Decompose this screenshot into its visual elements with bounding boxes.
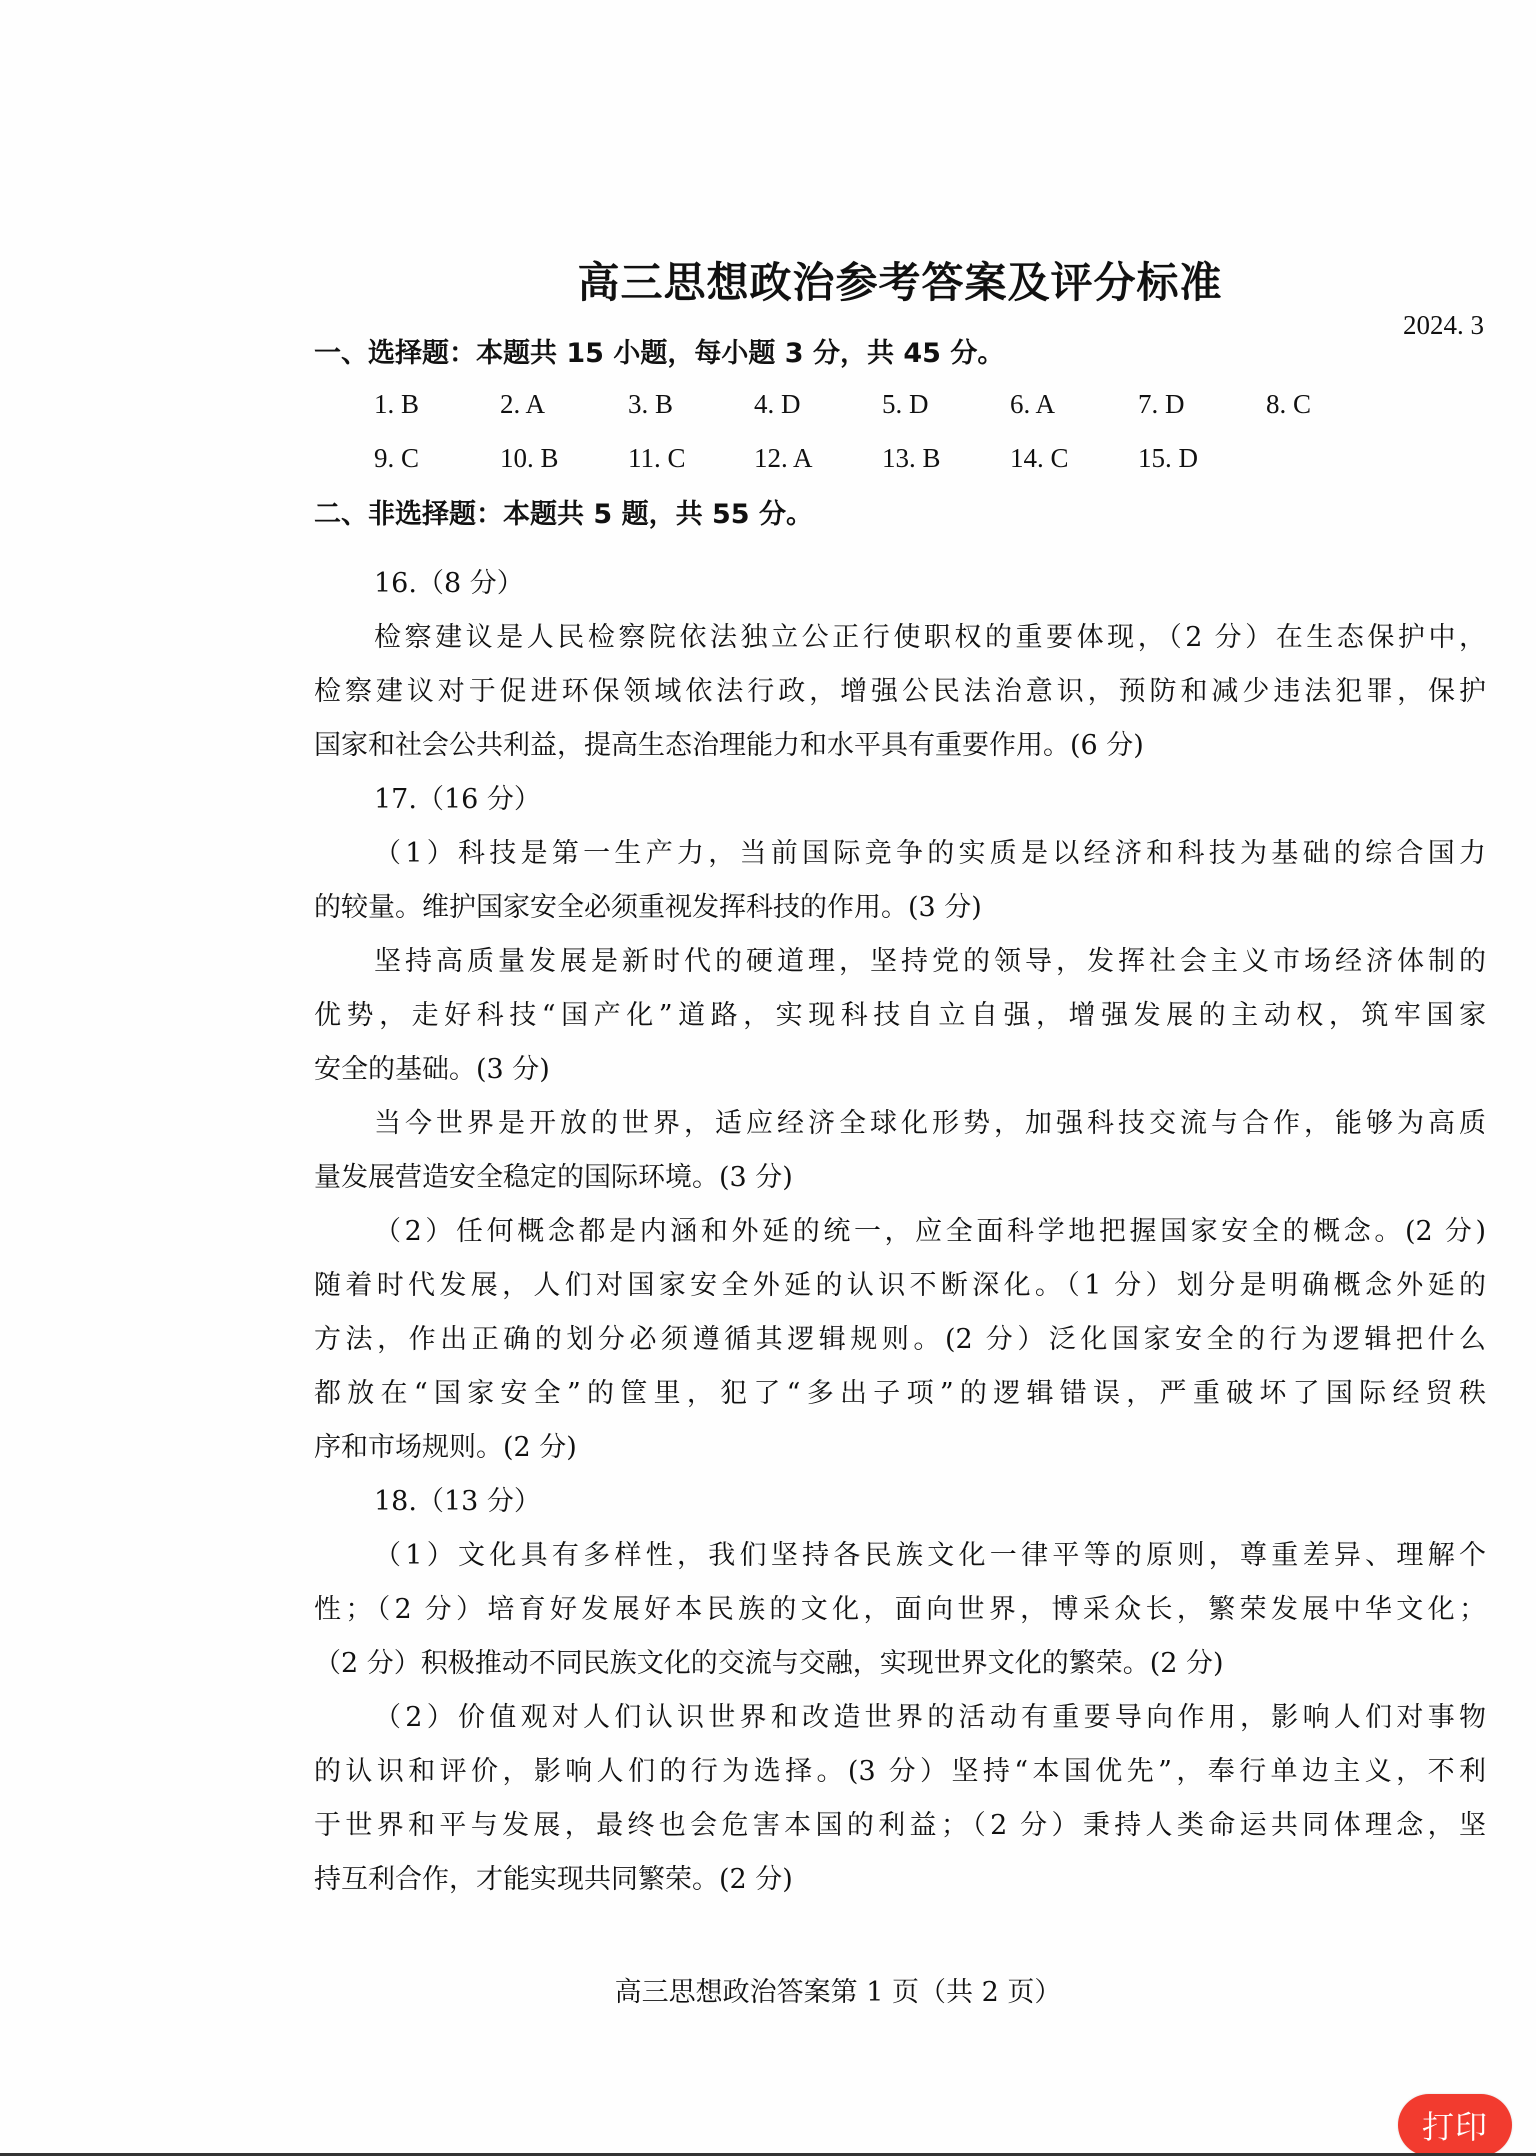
q16-line: 检察建议对于促进环保领域依法行政，增强公民法治意识，预防和减少违法犯罪，保护 bbox=[314, 674, 1486, 710]
print-label: 打印 bbox=[1422, 2102, 1488, 2148]
answer-item: 5. D bbox=[882, 389, 929, 420]
q17-line: 随着时代发展，人们对国家安全外延的认识不断深化。（1 分）划分是明确概念外延的 bbox=[314, 1268, 1486, 1304]
q17-line: （1）科技是第一生产力，当前国际竞争的实质是以经济和科技为基础的综合国力 bbox=[374, 836, 1486, 872]
q17-line: 当今世界是开放的世界，适应经济全球化形势，加强科技交流与合作，能够为高质 bbox=[374, 1106, 1486, 1142]
q16-line: 国家和社会公共利益，提高生态治理能力和水平具有重要作用。(6 分) bbox=[314, 728, 1486, 764]
q17-line: 优势，走好科技“国产化”道路，实现科技自立自强，增强发展的主动权，筑牢国家 bbox=[314, 998, 1486, 1034]
q18-line: 的认识和评价，影响人们的行为选择。(3 分）坚持“本国优先”，奉行单边主义，不利 bbox=[314, 1754, 1486, 1790]
q17-header: 17.（16 分） bbox=[374, 782, 1486, 818]
answer-item: 7. D bbox=[1138, 389, 1185, 420]
print-button[interactable]: 打印 bbox=[1398, 2094, 1512, 2156]
q17-line: 坚持高质量发展是新时代的硬道理，坚持党的领导，发挥社会主义市场经济体制的 bbox=[374, 944, 1486, 980]
answer-item: 12. A bbox=[754, 443, 813, 474]
answer-item: 14. C bbox=[1010, 443, 1069, 474]
q18-line: 性；（2 分）培育好发展好本民族的文化，面向世界，博采众长，繁荣发展中华文化； bbox=[314, 1592, 1486, 1628]
answer-item: 8. C bbox=[1266, 389, 1311, 420]
q17-line: （2）任何概念都是内涵和外延的统一，应全面科学地把握国家安全的概念。(2 分) bbox=[374, 1214, 1486, 1250]
answer-item: 3. B bbox=[628, 389, 673, 420]
q17-line: 的较量。维护国家安全必须重视发挥科技的作用。(3 分) bbox=[314, 890, 1486, 926]
q17-line: 量发展营造安全稳定的国际环境。(3 分) bbox=[314, 1160, 1486, 1196]
q17-line: 安全的基础。(3 分) bbox=[314, 1052, 1486, 1088]
q17-line: 方法，作出正确的划分必须遵循其逻辑规则。(2 分）泛化国家安全的行为逻辑把什么 bbox=[314, 1322, 1486, 1358]
answer-item: 6. A bbox=[1010, 389, 1055, 420]
answer-item: 15. D bbox=[1138, 443, 1198, 474]
q18-line: 于世界和平与发展，最终也会危害本国的利益；（2 分）秉持人类命运共同体理念，坚 bbox=[314, 1808, 1486, 1844]
section1-heading: 一、选择题：本题共 15 小题，每小题 3 分，共 45 分。 bbox=[314, 336, 1486, 372]
answer-item: 4. D bbox=[754, 389, 801, 420]
answer-item: 9. C bbox=[374, 443, 419, 474]
q17-line: 都放在“国家安全”的筐里，犯了“多出子项”的逻辑错误，严重破坏了国际经贸秩 bbox=[314, 1376, 1486, 1412]
q18-line: （2 分）积极推动不同民族文化的交流与交融，实现世界文化的繁荣。(2 分) bbox=[314, 1646, 1486, 1682]
q18-header: 18.（13 分） bbox=[374, 1484, 1486, 1520]
q18-line: （1）文化具有多样性，我们坚持各民族文化一律平等的原则，尊重差异、理解个 bbox=[374, 1538, 1486, 1574]
document-title: 高三思想政治参考答案及评分标准 bbox=[0, 250, 1536, 310]
answer-item: 13. B bbox=[882, 443, 941, 474]
q17-line: 序和市场规则。(2 分) bbox=[314, 1430, 1486, 1466]
answer-item: 10. B bbox=[500, 443, 559, 474]
answer-item: 1. B bbox=[374, 389, 419, 420]
document-page: 高三思想政治参考答案及评分标准 2024. 3 一、选择题：本题共 15 小题，… bbox=[0, 0, 1536, 2156]
q16-header: 16.（8 分） bbox=[374, 566, 1486, 602]
q16-line: 检察建议是人民检察院依法独立公正行使职权的重要体现，（2 分）在生态保护中， bbox=[374, 620, 1486, 656]
page-footer: 高三思想政治答案第 1 页（共 2 页） bbox=[0, 1970, 1536, 2009]
section2-heading: 二、非选择题：本题共 5 题，共 55 分。 bbox=[314, 497, 1486, 533]
q18-line: 持互利合作，才能实现共同繁荣。(2 分) bbox=[314, 1862, 1486, 1898]
answer-item: 2. A bbox=[500, 389, 545, 420]
q18-line: （2）价值观对人们认识世界和改造世界的活动有重要导向作用，影响人们对事物 bbox=[374, 1700, 1486, 1736]
answer-item: 11. C bbox=[628, 443, 686, 474]
